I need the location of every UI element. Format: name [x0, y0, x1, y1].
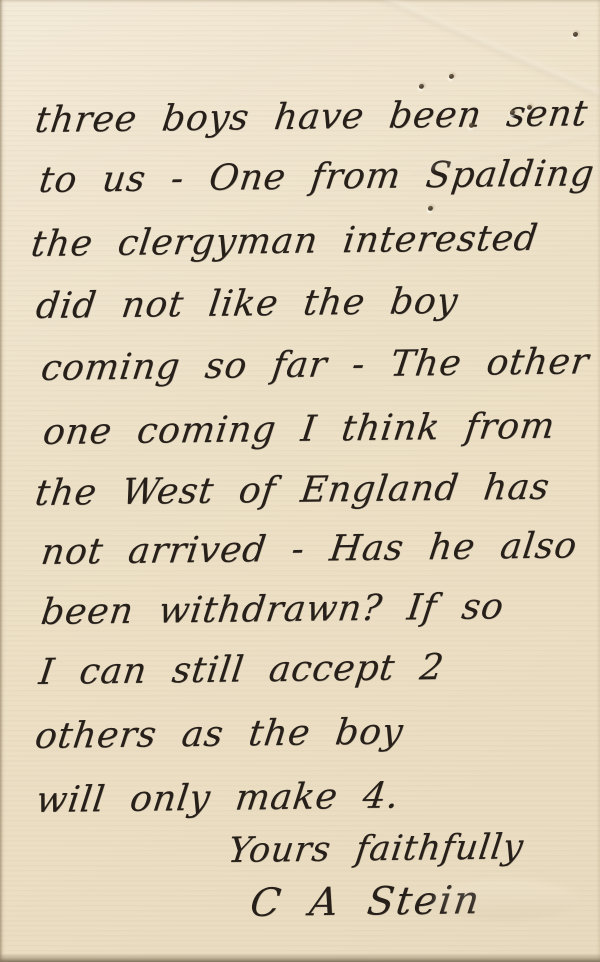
handwritten-line: not arrived - Has he also: [39, 528, 579, 571]
handwritten-line: will only make 4.: [34, 779, 401, 819]
paper-edge-left-shadow: [0, 0, 3, 962]
handwritten-line: the clergyman interested: [29, 221, 540, 263]
handwritten-line: one coming I think from: [41, 409, 557, 451]
pinhole: [527, 105, 532, 110]
pinhole: [469, 123, 474, 128]
pinhole: [510, 110, 515, 115]
handwritten-line: the West of England has: [33, 470, 552, 512]
paper-crease: [369, 0, 600, 98]
handwritten-line: to us - One from Spalding: [37, 156, 597, 199]
pinhole: [449, 74, 454, 79]
handwritten-line: coming so far - The other: [39, 344, 591, 387]
handwritten-line: did not like the boy: [34, 284, 460, 325]
paper-edge-bottom-shadow: [0, 953, 600, 962]
pinhole: [573, 32, 578, 37]
letter-closing: Yours faithfully: [226, 830, 526, 869]
pinhole: [419, 84, 424, 89]
pinhole: [428, 206, 433, 211]
letter-page: three boys have been sent to us - One fr…: [0, 0, 600, 962]
handwritten-line: others as the boy: [33, 715, 405, 755]
letter-signature: C A Stein: [248, 881, 483, 923]
handwritten-line: three boys have been sent: [33, 96, 590, 139]
handwritten-line: I can still accept 2: [37, 650, 446, 691]
handwritten-line: been withdrawn? If so: [39, 589, 506, 631]
